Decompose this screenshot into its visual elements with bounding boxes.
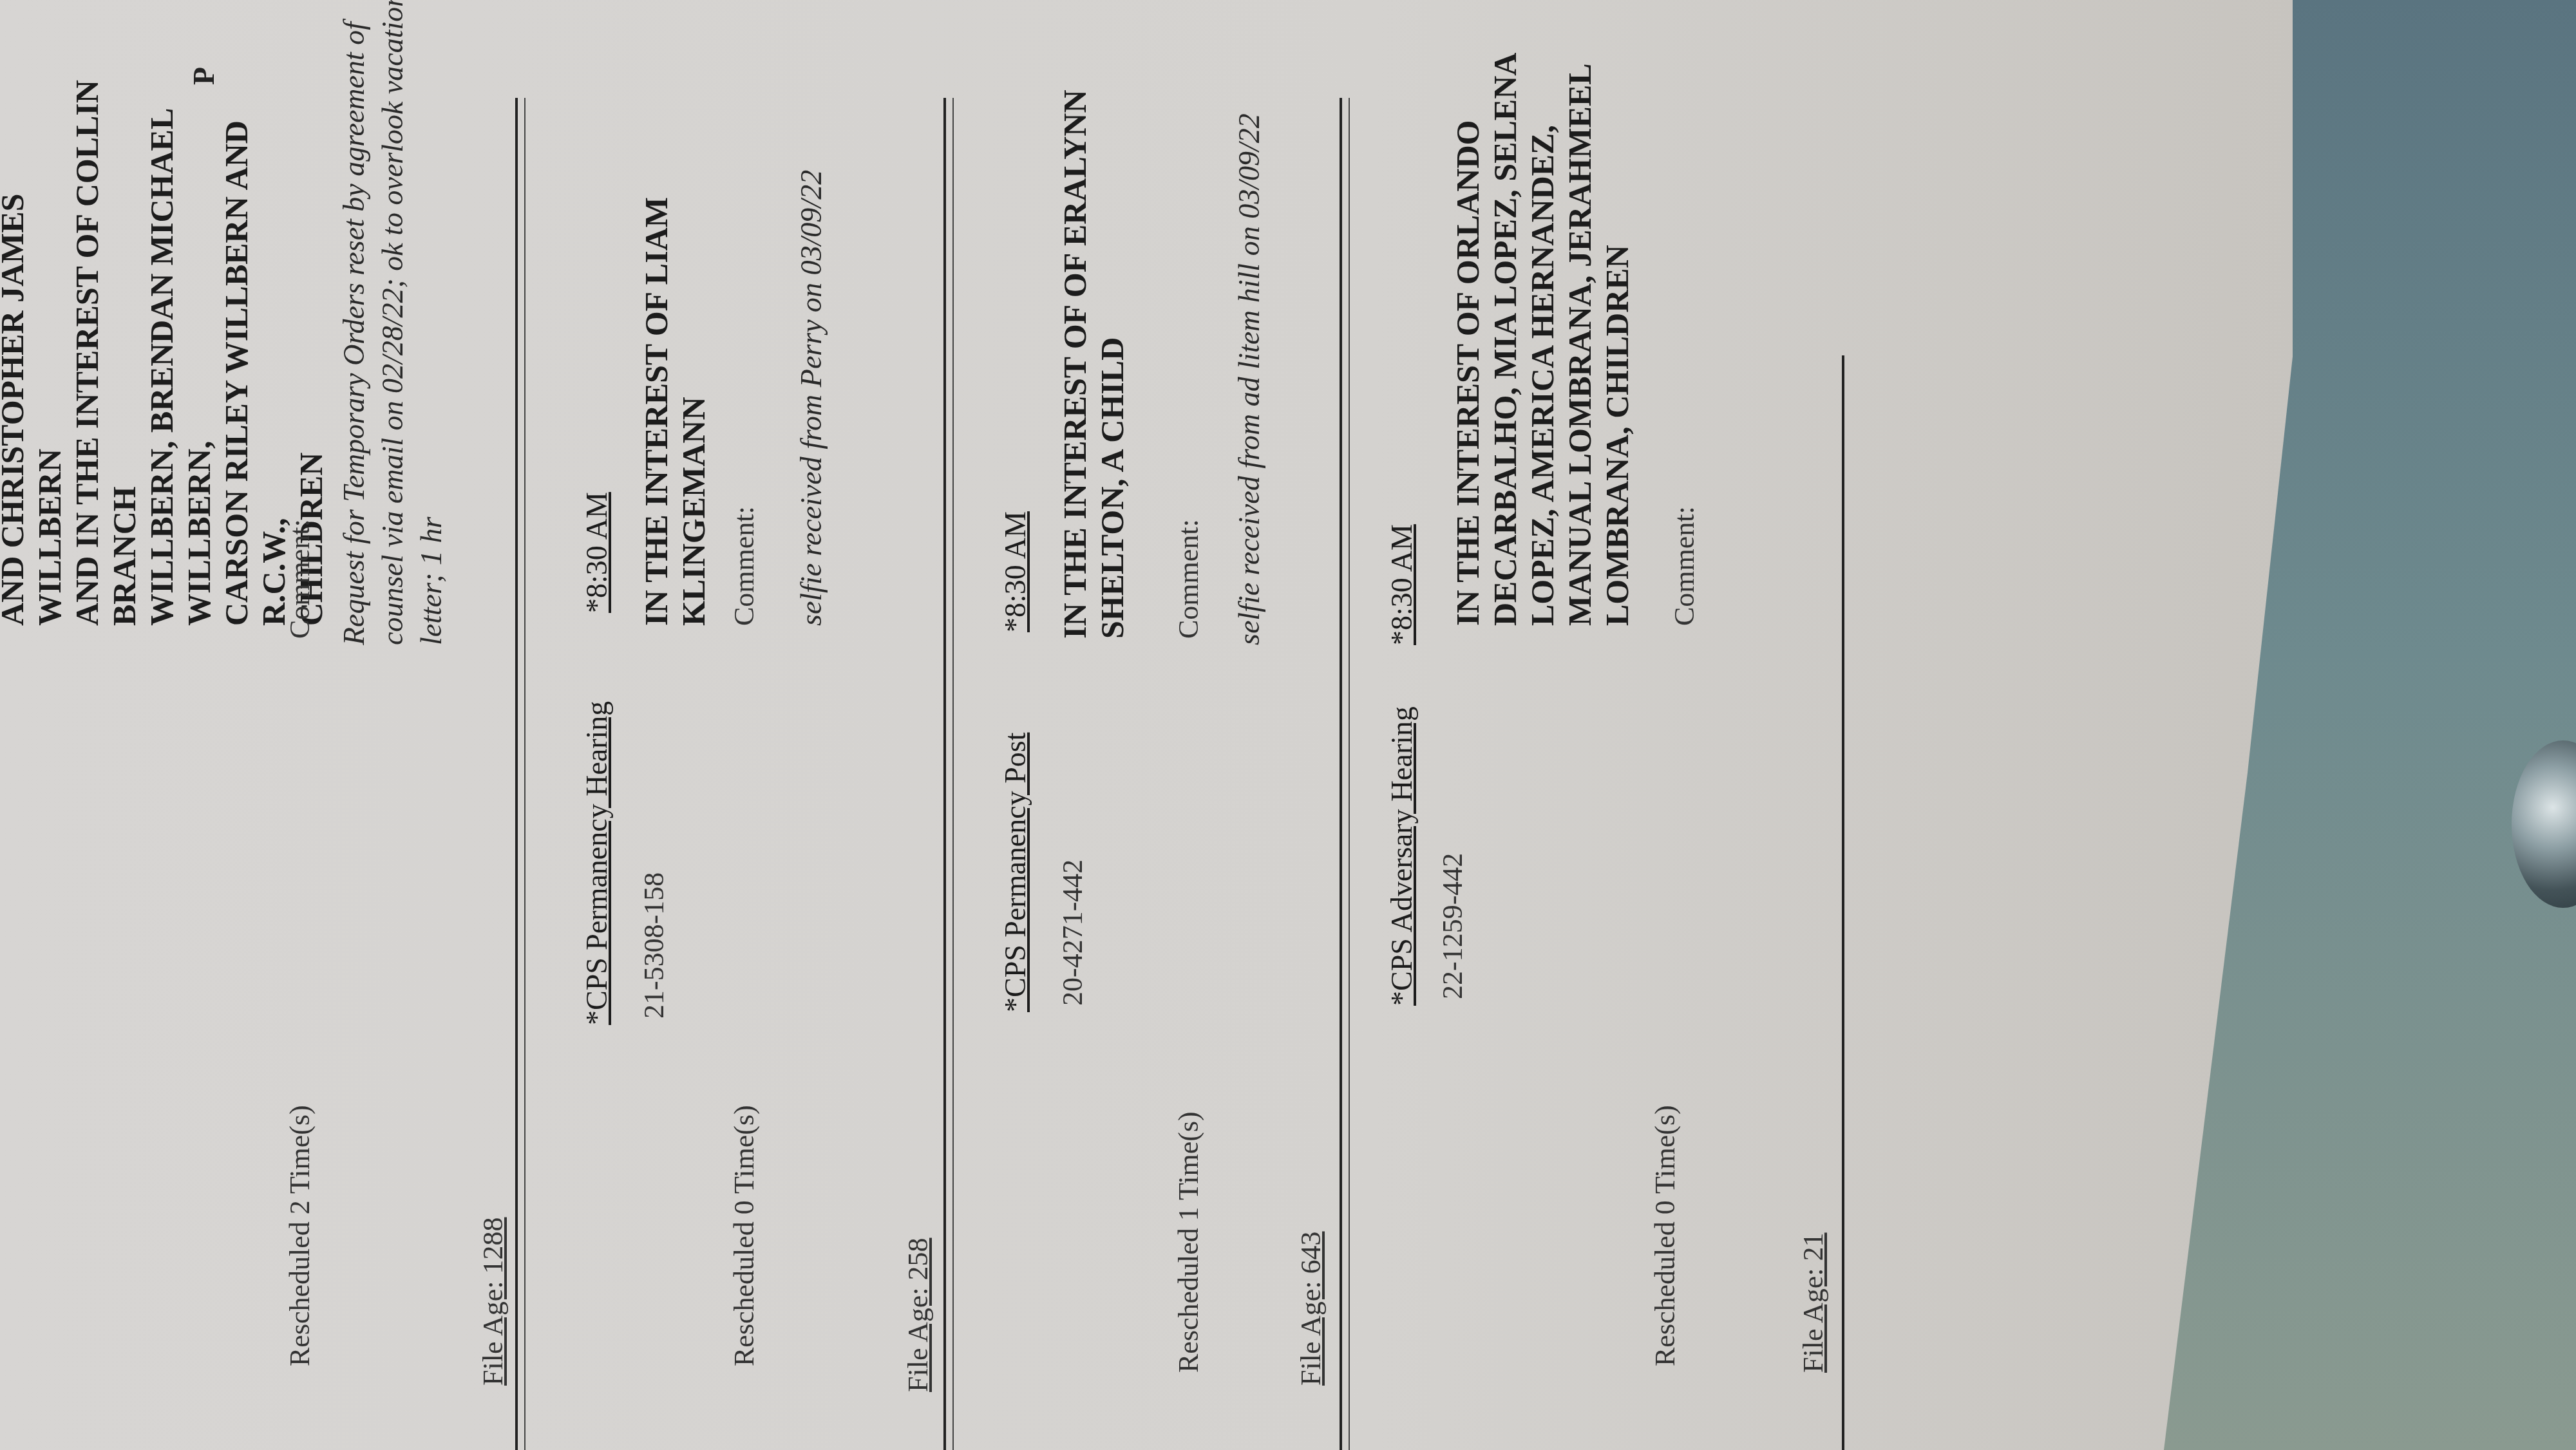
section-divider	[1340, 98, 1350, 1450]
file-age: File Age: 21	[1797, 1232, 1830, 1373]
comment-label: Comment:	[1172, 519, 1205, 639]
hearing-type-link[interactable]: *CPS Permanency Hearing	[580, 701, 614, 1025]
rescheduled-count: Rescheduled 1 Time(s)	[1172, 1111, 1205, 1373]
caption-line: WILLBERN, BRENDAN MICHAEL WILLBERN,	[143, 46, 218, 626]
pushpin-icon	[2512, 740, 2576, 908]
comment-label: Comment:	[728, 506, 761, 626]
section-divider	[943, 98, 954, 1450]
case-caption: IN THE INTEREST OF OF ERALYNN SHELTON, A…	[1056, 59, 1131, 639]
parties-partial: P	[187, 67, 222, 85]
hearing-time: *8:30 AM	[998, 511, 1032, 632]
comment-text: Request for Temporary Orders reset by ag…	[335, 0, 451, 645]
hearing-time: *8:30 AM	[580, 492, 614, 613]
caption-line: CARSON RILEY WILLBERN AND R.C.W.,	[218, 46, 292, 626]
case-number: 20-4271-442	[1056, 860, 1089, 1006]
comment-label: Comment:	[283, 519, 316, 639]
rescheduled-count: Rescheduled 0 Time(s)	[728, 1105, 761, 1366]
docket-document: AND CHRISTOPHER JAMES WILLBERN AND IN TH…	[0, 0, 2190, 1450]
file-age: File Age: 1288	[477, 1217, 509, 1386]
file-age: File Age: 258	[902, 1238, 934, 1392]
party-label: P	[187, 67, 220, 85]
case-number: 22-1259-442	[1436, 853, 1469, 999]
comment-text: selfie received from ad litem hill on 03…	[1230, 113, 1269, 645]
caption-line: AND IN THE INTEREST OF COLLIN BRANCH	[68, 46, 143, 626]
section-divider	[515, 98, 526, 1450]
rescheduled-count: Rescheduled 2 Time(s)	[283, 1105, 316, 1366]
caption-line: AND CHRISTOPHER JAMES WILLBERN	[0, 46, 68, 626]
comment-text: selfie received from Perry on 03/09/22	[792, 170, 831, 626]
hearing-type-link[interactable]: *CPS Adversary Hearing	[1385, 706, 1419, 1006]
comment-label: Comment:	[1668, 506, 1701, 626]
hearing-time: *8:30 AM	[1385, 524, 1419, 645]
rescheduled-count: Rescheduled 0 Time(s)	[1649, 1105, 1681, 1366]
case-number: 21-5308-158	[638, 872, 670, 1019]
case-caption: IN THE INTEREST OF ORLANDO DECARBALHO, M…	[1449, 14, 1636, 626]
case-caption: IN THE INTEREST OF LIAM KLINGEMANN	[638, 0, 712, 626]
hearing-type-link[interactable]: *CPS Permanency Post	[998, 733, 1032, 1012]
case-caption: AND CHRISTOPHER JAMES WILLBERN AND IN TH…	[0, 46, 330, 626]
file-age: File Age: 643	[1294, 1231, 1327, 1386]
section-divider	[1842, 355, 1851, 1450]
